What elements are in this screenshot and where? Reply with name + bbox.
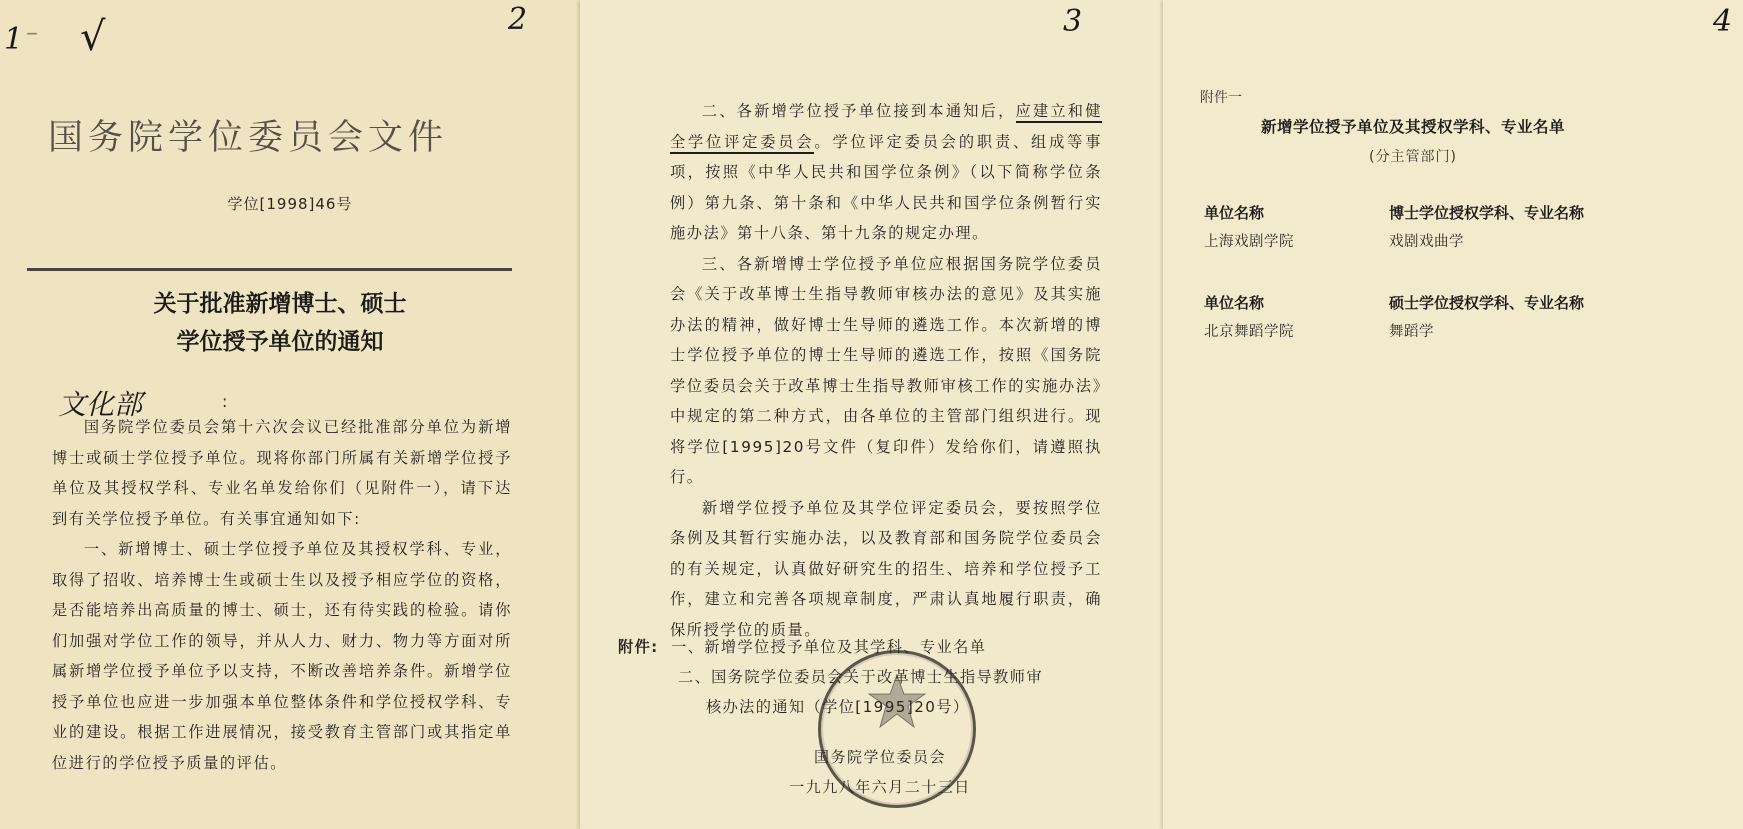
notice-title-line-1: 关于批准新增博士、硕士 <box>0 285 560 323</box>
attachment-item-1: 一、新增学位授予单位及其学科、专业名单 <box>671 638 986 656</box>
header-subject: 博士学位授权学科、专业名称 <box>1389 202 1664 223</box>
paragraph-item-4: 新增学位授予单位及其学位评定委员会，要按照学位条例及其暂行实施办法，以及教育部和… <box>670 493 1102 646</box>
handwritten-page-number: 3 <box>1063 4 1082 39</box>
header-unit-name: 单位名称 <box>1204 292 1389 313</box>
subject-name: 戏剧戏曲学 <box>1389 230 1664 251</box>
list-subtitle: (分主管部门) <box>1163 146 1663 166</box>
list-title: 新增学位授予单位及其授权学科、专业名单 <box>1163 115 1663 137</box>
attachment-label: 附件一 <box>1200 87 1242 107</box>
attachment-item-2-cont: 核办法的通知（学位[1995]20号） <box>706 698 970 716</box>
signature-date: 一九九八年六月二十三日 <box>580 776 1180 797</box>
notice-title-line-2: 学位授予单位的通知 <box>0 323 560 361</box>
document-page-2: 2 二、各新增学位授予单位接到本通知后，应建立和健全学位评定委员会。学位评定委员… <box>580 0 1163 829</box>
page1-body: 国务院学位委员会第十六次会议已经批准部分单位为新增博士或硕士学位授予单位。现将你… <box>52 412 512 778</box>
document-page-1: 1 – √ 国务院学位委员会文件 学位[1998]46号 关于批准新增博士、硕士… <box>0 0 580 829</box>
list-header-row: 单位名称 硕士学位授权学科、专业名称 <box>1204 288 1664 316</box>
attachments-label: 附件: <box>618 638 659 656</box>
attachment-item-2: 二、国务院学位委员会关于改革博士生指导教师审 <box>678 668 1043 686</box>
unit-name: 北京舞蹈学院 <box>1204 320 1389 341</box>
list-row: 北京舞蹈学院 舞蹈学 <box>1204 316 1664 344</box>
list-group-doctoral: 单位名称 博士学位授权学科、专业名称 上海戏剧学院 戏剧戏曲学 <box>1204 198 1664 254</box>
document-number: 学位[1998]46号 <box>0 193 580 214</box>
list-row: 上海戏剧学院 戏剧戏曲学 <box>1204 226 1664 254</box>
signature-organization: 国务院学位委员会 <box>580 746 1180 767</box>
list-group-masters: 单位名称 硕士学位授权学科、专业名称 北京舞蹈学院 舞蹈学 <box>1204 288 1664 344</box>
letterhead-divider <box>27 268 512 271</box>
handwritten-dash: – <box>26 18 38 46</box>
paragraph-2-prefix: 二、各新增学位授予单位接到本通知后， <box>702 102 1016 120</box>
subject-name: 舞蹈学 <box>1389 320 1664 341</box>
units-list: 单位名称 博士学位授权学科、专业名称 上海戏剧学院 戏剧戏曲学 单位名称 硕士学… <box>1204 198 1664 378</box>
checkmark-icon: √ <box>80 14 106 60</box>
paragraph-item-1: 一、新增博士、硕士学位授予单位及其授权学科、专业，取得了招收、培养博士生或硕士生… <box>52 534 512 778</box>
header-subject: 硕士学位授权学科、专业名称 <box>1389 292 1664 313</box>
handwritten-page-number: 2 <box>508 2 527 37</box>
paragraph-item-3: 三、各新增博士学位授予单位应根据国务院学位委员会《关于改革博士生指导教师审核办法… <box>670 249 1102 493</box>
unit-name: 上海戏剧学院 <box>1204 230 1389 251</box>
paragraph-intro: 国务院学位委员会第十六次会议已经批准部分单位为新增博士或硕士学位授予单位。现将你… <box>52 412 512 534</box>
handwritten-page-number: 1 <box>4 22 23 57</box>
page2-body: 二、各新增学位授予单位接到本通知后，应建立和健全学位评定委员会。学位评定委员会的… <box>670 96 1102 645</box>
attachments-list: 附件: 一、新增学位授予单位及其学科、专业名单 二、国务院学位委员会关于改革博士… <box>618 632 1118 722</box>
paragraph-item-2: 二、各新增学位授予单位接到本通知后，应建立和健全学位评定委员会。学位评定委员会的… <box>670 96 1102 249</box>
letterhead: 国务院学位委员会文件 <box>48 110 508 160</box>
document-page-3: 3 4 附件一 新增学位授予单位及其授权学科、专业名单 (分主管部门) 单位名称… <box>1163 0 1743 829</box>
handwritten-page-number-4: 4 <box>1713 4 1732 39</box>
list-header-row: 单位名称 博士学位授权学科、专业名称 <box>1204 198 1664 226</box>
header-unit-name: 单位名称 <box>1204 202 1389 223</box>
addressee-colon: : <box>222 392 227 411</box>
